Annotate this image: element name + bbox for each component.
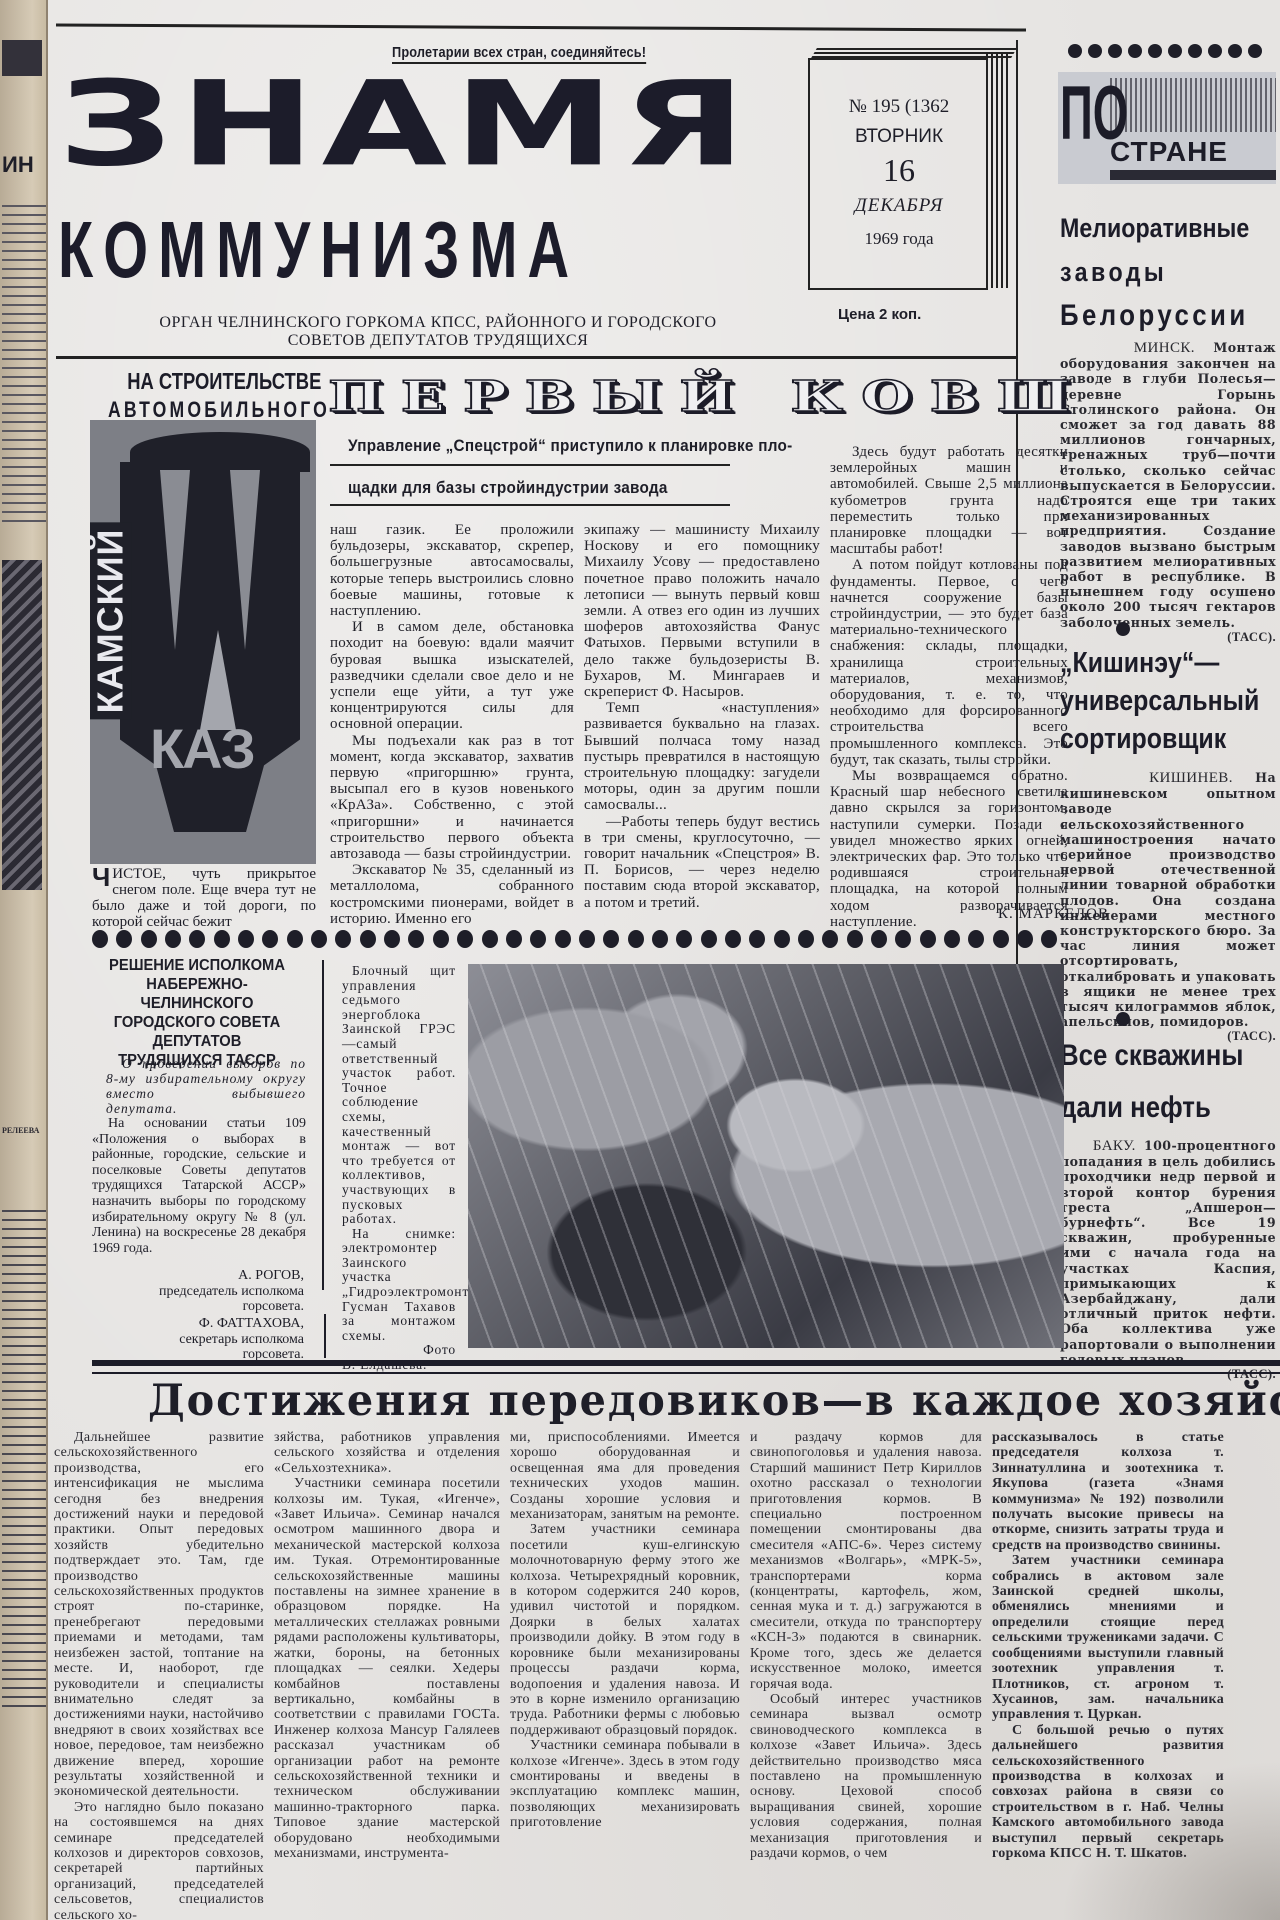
decree-headline: РЕШЕНИЕ ИСПОЛКОМА НАБЕРЕЖНО-ЧЕЛНИНСКОГО … [100,956,293,1070]
rubric-baseline [1110,170,1276,180]
emblem-vertical-text: КАМСКИЙ [90,523,131,720]
article-headline: ПЕРВЫЙ КОВШ [328,372,1088,421]
subhead-rule [330,464,730,466]
paper-shadow [1060,1760,1280,1920]
sidebar-headline-3: Все скважины дали нефть [1060,1030,1243,1134]
article-column-2: экипажу — машинисту Михаилу Носкову и ег… [584,522,820,911]
article-column-1: наш газик. Ее проложили бульдозеры, экск… [330,522,574,927]
rubric-label-strane: СТРАНЕ [1110,136,1228,168]
kamaz-emblem-illustration: КАЗ КАМСКИЙ [90,420,316,864]
signature-2: Ф. ФАТТАХОВА, секретарь исполкома горсов… [104,1316,304,1363]
article-column-3: Здесь будут работать десятки землеройных… [830,444,1068,930]
bottom-column-4: и раздачу кормов для свинопоголовья и уд… [750,1430,982,1861]
previous-page-program-text [2,1210,46,1710]
emblem-letters: КАЗ [150,716,254,781]
previous-page-photo [2,560,42,890]
previous-page-label: РЕЛЕЕВА [2,1126,46,1136]
bullet-icon [1116,622,1130,636]
sidebar-headline-1: Мелиоративные заводы Белоруссии [1060,206,1249,338]
column-divider [322,960,324,1290]
article-byline: К. МАРКЕЛОВ [998,906,1109,923]
newspaper-title-main: ЗНАМЯ [58,70,752,179]
article-subhead-line-2: щадки для базы стройиндустрии завода [348,478,668,498]
subhead-rule [330,504,730,506]
sidebar-story-1: МИНСК. Монтаж оборудования закончен на з… [1060,340,1276,645]
previous-page-text [2,205,46,525]
article-subhead-line-1: Управление „Спецстрой“ приступило к план… [348,436,792,456]
issue-month: ДЕКАБРЯ [810,195,988,217]
column-divider [324,1314,326,1358]
city-skyline-illustration [1110,78,1276,132]
decree-body: На основании статьи 109 «Положения о выб… [92,1116,306,1256]
masthead-top-rule [56,23,1026,31]
publisher-line-2: СОВЕТОВ ДЕПУТАТОВ ТРУДЯЩИХСЯ [118,332,758,350]
issue-year: 1969 года [810,229,988,249]
masthead-bottom-rule [56,356,1016,359]
bottom-column-2: зяйства, работников управления сельского… [274,1430,500,1861]
signature-1: А. РОГОВ, председатель исполкома горсове… [144,1268,304,1315]
rubric-po-strane: ПО СТРАНЕ [1058,72,1276,184]
issue-day: 16 [810,152,988,189]
issue-weekday: ВТОРНИК [810,126,988,148]
bottom-column-1: Дальнейшее развитие сельскохозяйственног… [54,1430,264,1920]
decree-lead: О проведении выборов по 8-му избирательн… [106,1056,306,1116]
article-kicker: НА СТРОИТЕЛЬСТВЕ АВТОМОБИЛЬНОГО [108,368,330,423]
calendar-pages-edge [986,52,1010,288]
newspaper-page: Пролетарии всех стран, соединяйтесь! ЗНА… [48,0,1280,1920]
bullet-icon [1116,1012,1130,1026]
previous-page-strip: ИН РЕЛЕЕВА [0,0,48,1920]
sidebar-headline-2: „Кишинэу“— универсальный сортировщик [1060,644,1259,758]
photo-electrician-at-panel [468,964,1064,1348]
rubric-dots [1068,44,1262,58]
sidebar-story-3: БАКУ. 100-процентного попадания в цель д… [1060,1138,1276,1382]
article-intro: ЧИСТОЕ, чуть прикрытое снегом поле. Еще … [92,866,316,930]
previous-page-header-block [2,40,42,76]
newspaper-title-sub: КОММУНИЗМА [58,210,579,290]
drop-cap: Ч [92,866,110,888]
price: Цена 2 коп. [838,306,921,323]
publisher-line: ОРГАН ЧЕЛНИНСКОГО ГОРКОМА КПСС, РАЙОННОГ… [118,314,758,350]
dotted-separator [92,930,1058,948]
section-rule-thin [92,1372,1280,1374]
previous-page-title-fragment: ИН [2,152,34,178]
section-rule-thick [92,1360,1280,1366]
issue-number: № 195 (1362 [810,96,988,118]
bottom-column-3: ми, приспособлениями. Имеется хорошо обо… [510,1430,740,1831]
photo-caption: Блочный щит управления седьмого энергобл… [342,964,456,1373]
publisher-line-1: ОРГАН ЧЕЛНИНСКОГО ГОРКОМА КПСС, РАЙОННОГ… [118,314,758,332]
issue-info-box: № 195 (1362 ВТОРНИК 16 ДЕКАБРЯ 1969 года [808,58,988,290]
bottom-article-headline: Достижения передовиков—в каждое хозяйств… [148,1376,1280,1426]
